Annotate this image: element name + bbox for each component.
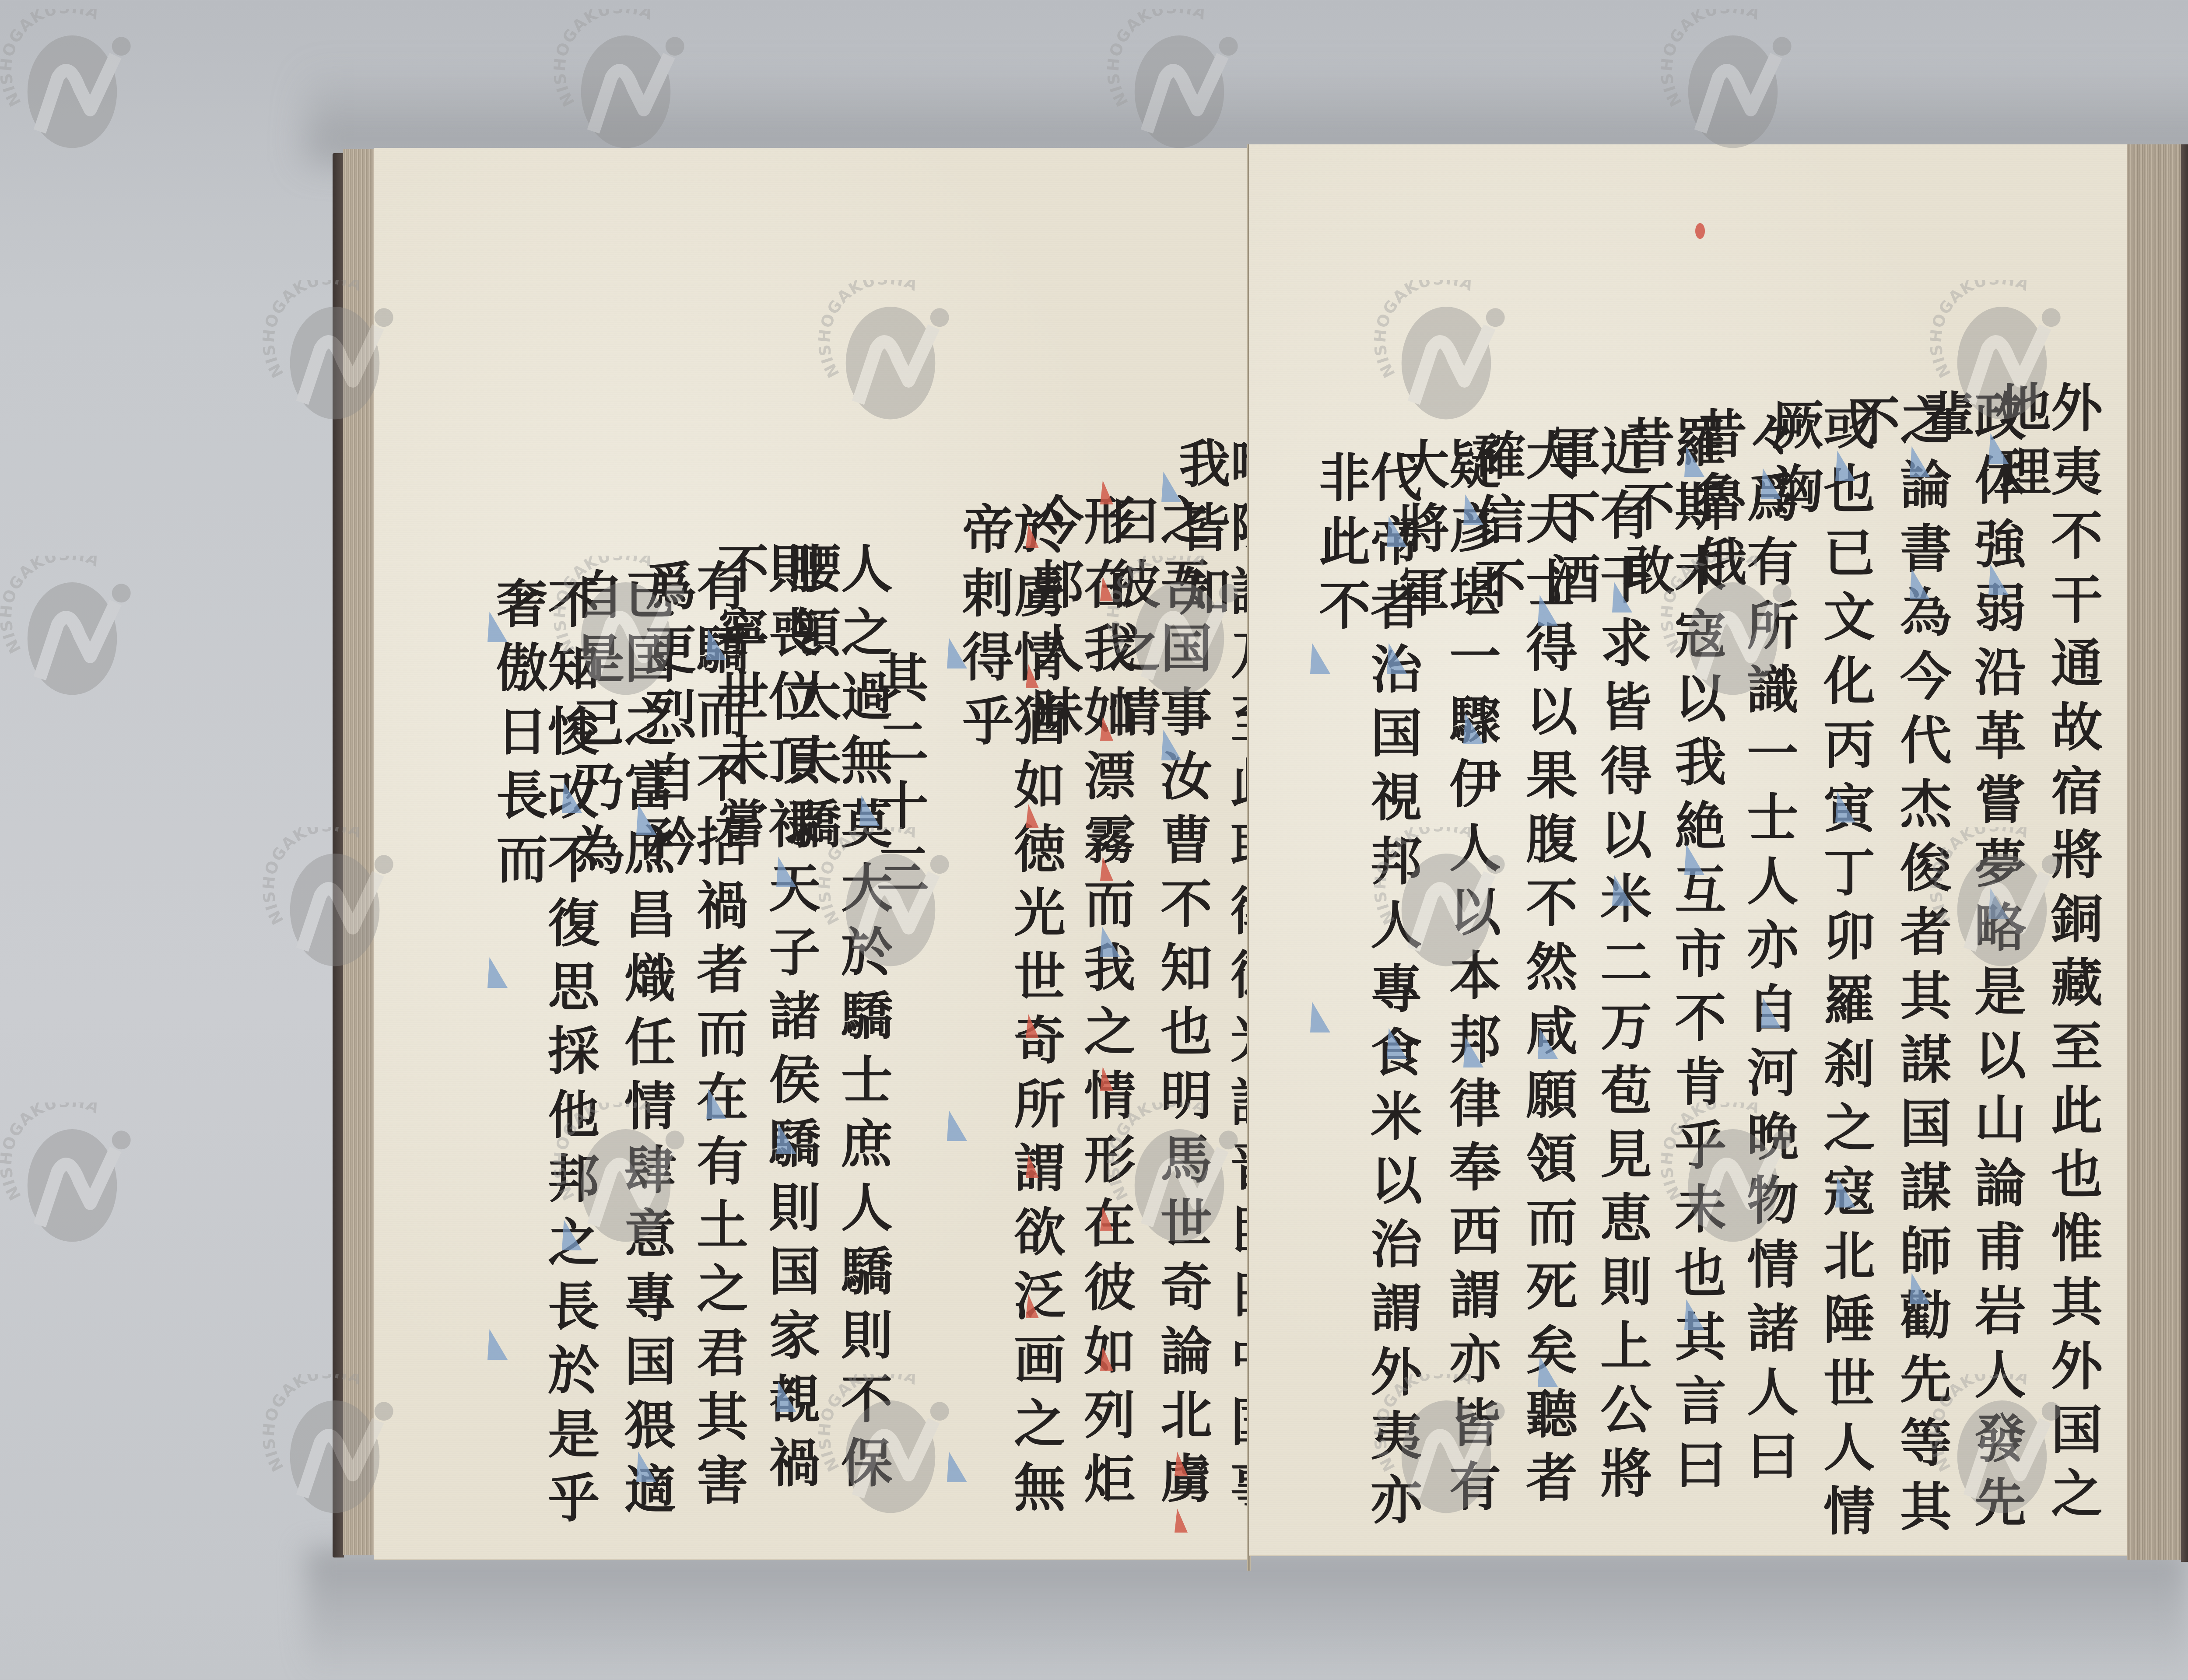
svg-text:NISHOGAKUSHA: NISHOGAKUSHA <box>0 9 103 110</box>
left-page-column-10: 不知悛改不復思採他邦之長於是乎奢傲日長而 <box>492 577 595 1559</box>
page-block-right-edge <box>2127 144 2182 1560</box>
nishogakusha-logo-icon: NISHOGAKUSHA <box>0 9 144 153</box>
right-page: 外夷不干通故宿將銅藏至此也惟其外国之地理 政体強弱沿革嘗夢略是以山論甫岩人發先輩… <box>1249 144 2127 1556</box>
svg-text:NISHOGAKUSHA: NISHOGAKUSHA <box>0 1102 103 1204</box>
right-page-column-10: 代帝者治国視邦人專食米以治謂外夷亦非此不 <box>1315 451 1418 1555</box>
book-cover-left-edge <box>333 153 344 1557</box>
book-cover-right-edge <box>2181 144 2188 1562</box>
nishogakusha-logo-icon: NISHOGAKUSHA <box>0 1102 144 1247</box>
svg-text:NISHOGAKUSHA: NISHOGAKUSHA <box>0 556 103 657</box>
open-book: 喻陋謬乃至此耶律徳光謂晋臣曰中国事我皆知 之吾国事汝曹不知也明馬世奇論北虜曰彼之… <box>333 144 2188 1562</box>
nishogakusha-logo-icon: NISHOGAKUSHA <box>0 556 144 700</box>
left-page: 喻陋謬乃至此耶律徳光謂晋臣曰中国事我皆知 之吾国事汝曹不知也明馬世奇論北虜曰彼之… <box>374 148 1249 1560</box>
red-kunten-mark <box>1100 480 1113 504</box>
page-block-left-edge <box>343 149 374 1555</box>
left-page-column-4: 於虜情猶如徳光世奇所謂欲泛画之無帝剌得乎 <box>958 502 1061 1559</box>
red-ink-dot <box>1695 223 1705 239</box>
